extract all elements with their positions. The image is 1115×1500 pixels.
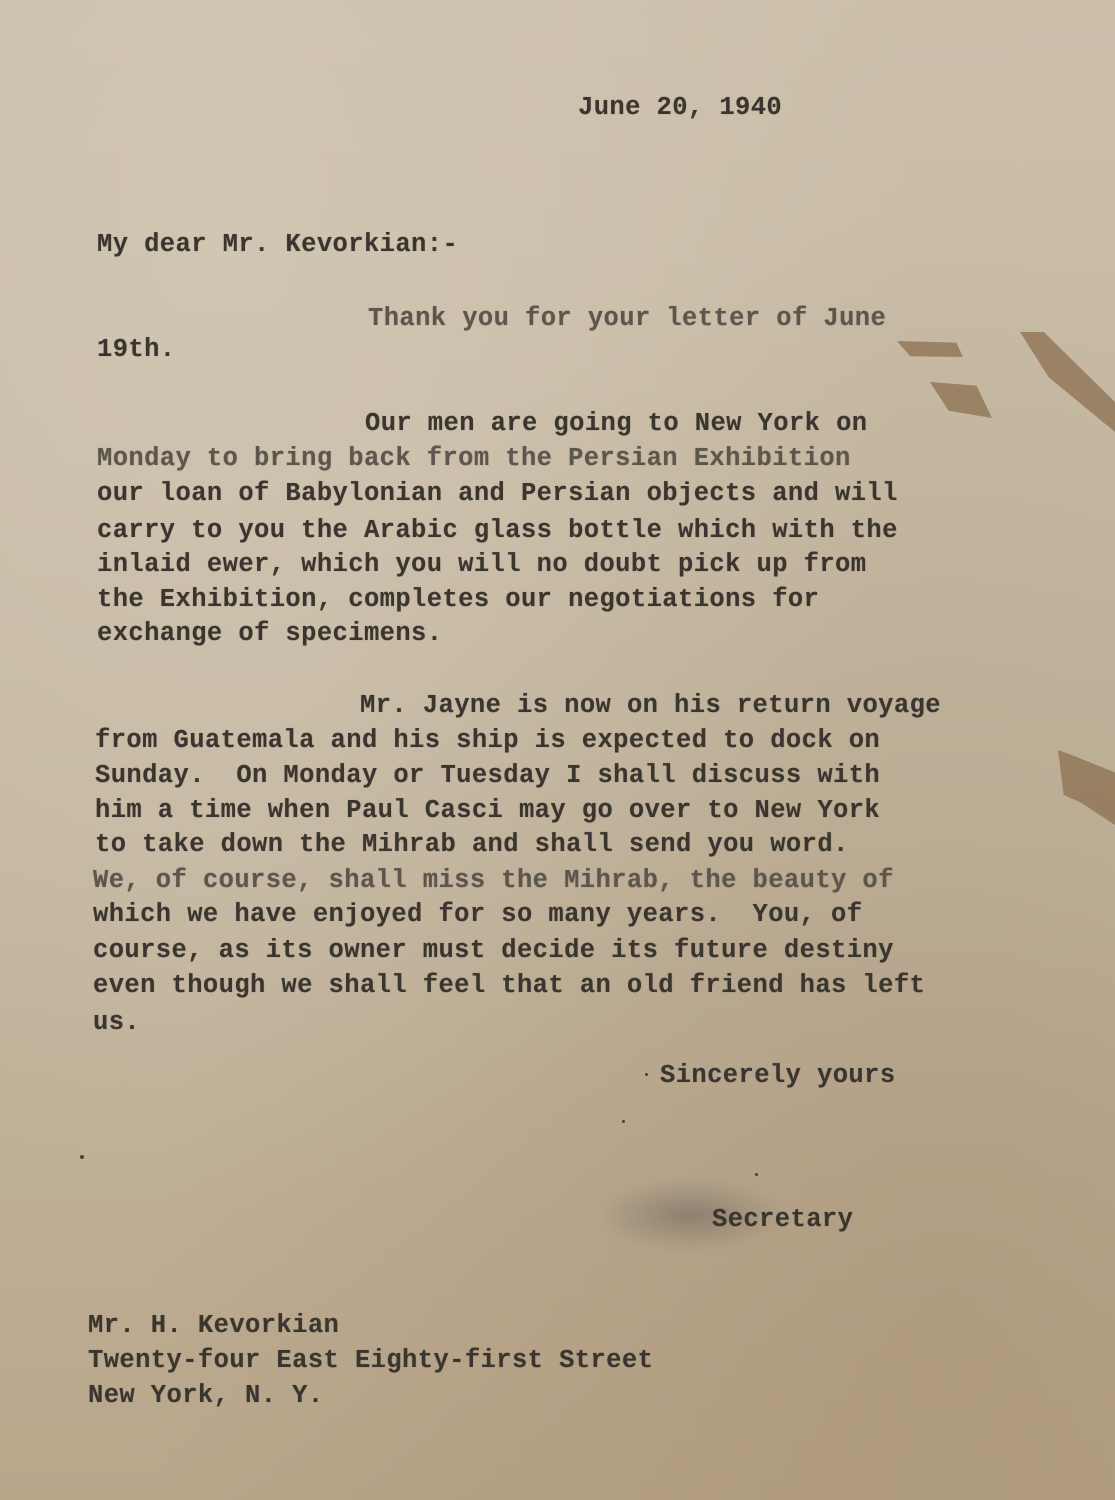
paper-speck bbox=[755, 1173, 758, 1176]
signature-title: Secretary bbox=[712, 1207, 853, 1233]
paper-stain bbox=[930, 382, 992, 418]
paper-stain bbox=[1020, 332, 1115, 432]
paper-stain bbox=[897, 341, 963, 357]
body-line: Thank you for your letter of June bbox=[368, 306, 886, 332]
recipient-city: New York, N. Y. bbox=[88, 1383, 324, 1409]
body-line: from Guatemala and his ship is expected … bbox=[95, 728, 880, 754]
paper-speck bbox=[622, 1120, 625, 1123]
body-line: Mr. Jayne is now on his return voyage bbox=[360, 693, 941, 719]
body-line: course, as its owner must decide its fut… bbox=[93, 938, 894, 964]
salutation: My dear Mr. Kevorkian:- bbox=[97, 232, 458, 258]
body-line: Our men are going to New York on bbox=[365, 411, 867, 437]
body-line: inlaid ewer, which you will no doubt pic… bbox=[97, 552, 866, 578]
paper-speck bbox=[80, 1155, 84, 1159]
letter-date: June 20, 1940 bbox=[578, 95, 782, 121]
body-line: us. bbox=[93, 1010, 140, 1036]
body-line: which we have enjoyed for so many years.… bbox=[93, 902, 862, 928]
recipient-name: Mr. H. Kevorkian bbox=[88, 1313, 339, 1339]
paper-speck bbox=[645, 1073, 648, 1076]
body-line: 19th. bbox=[97, 337, 176, 363]
body-line: to take down the Mihrab and shall send y… bbox=[95, 832, 849, 858]
body-line: our loan of Babylonian and Persian objec… bbox=[97, 481, 898, 507]
body-line: carry to you the Arabic glass bottle whi… bbox=[97, 518, 898, 544]
body-line: even though we shall feel that an old fr… bbox=[93, 973, 925, 999]
letter-page: June 20, 1940 My dear Mr. Kevorkian:- Th… bbox=[0, 0, 1115, 1500]
body-line: exchange of specimens. bbox=[97, 621, 442, 647]
paper-stain bbox=[1058, 750, 1115, 825]
body-line: him a time when Paul Casci may go over t… bbox=[95, 798, 880, 824]
closing: Sincerely yours bbox=[660, 1063, 896, 1089]
body-line: the Exhibition, completes our negotiatio… bbox=[97, 587, 819, 613]
body-line: Monday to bring back from the Persian Ex… bbox=[97, 446, 851, 472]
body-line: Sunday. On Monday or Tuesday I shall dis… bbox=[95, 763, 880, 789]
body-line: We, of course, shall miss the Mihrab, th… bbox=[93, 868, 894, 894]
recipient-street: Twenty-four East Eighty-first Street bbox=[88, 1348, 653, 1374]
